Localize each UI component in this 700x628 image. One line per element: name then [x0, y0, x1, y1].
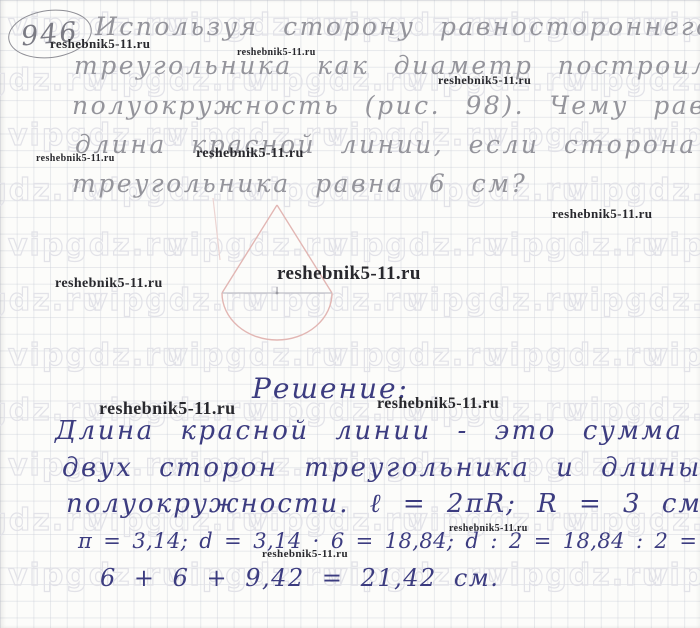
problem-text-line: треугольника как диаметр построили — [74, 51, 700, 80]
solution-formula-line: π = 3,14; d = 3,14 · 6 = 18,84; d : 2 = … — [78, 529, 700, 553]
vipgdz-watermark: vipgdz.ru — [648, 558, 700, 593]
problem-text-line: полуокружность (рис. 98). Чему равна — [72, 91, 700, 120]
vipgdz-watermark: vipgdz.ru — [8, 338, 185, 373]
reshebnik-watermark: reshebnik5-11.ru — [262, 548, 348, 560]
stray-pencil-mark — [213, 198, 220, 260]
reshebnik-watermark: reshebnik5-11.ru — [277, 263, 421, 285]
reshebnik-watermark: reshebnik5-11.ru — [237, 47, 316, 58]
solution-text-line: двух сторон треугольника и длины — [62, 453, 700, 483]
vipgdz-watermark: vipgdz.ru — [8, 228, 185, 263]
reshebnik-watermark: reshebnik5-11.ru — [196, 146, 304, 162]
vipgdz-watermark: vipgdz.ru — [488, 228, 665, 263]
semicircle-arc — [222, 293, 332, 340]
notebook-page: vipgdz.ruvipgdz.ruvipgdz.ruvipgdz.ruvipg… — [0, 0, 700, 628]
reshebnik-watermark: reshebnik5-11.ru — [55, 276, 163, 292]
vipgdz-watermark: vipgdz.ru — [328, 228, 505, 263]
reshebnik-watermark: reshebnik5-11.ru — [552, 206, 652, 222]
problem-text-line: длина красной линии, если сторона — [75, 130, 697, 159]
reshebnik-watermark: reshebnik5-11.ru — [99, 398, 236, 419]
reshebnik-watermark: reshebnik5-11.ru — [36, 153, 115, 164]
reshebnik-watermark: reshebnik5-11.ru — [438, 73, 531, 88]
problem-text-line: Используя сторону равностороннего — [95, 12, 700, 41]
vipgdz-watermark: vipgdz.ru — [488, 558, 665, 593]
triangle-left-side — [222, 205, 277, 293]
reshebnik-watermark: reshebnik5-11.ru — [50, 36, 150, 52]
vipgdz-watermark: vipgdz.ru — [568, 283, 700, 318]
vipgdz-watermark: vipgdz.ru — [328, 338, 505, 373]
vipgdz-watermark: vipgdz.ru — [408, 283, 585, 318]
vipgdz-watermark: vipgdz.ru — [648, 338, 700, 373]
problem-text-line: треугольника равна 6 см? — [72, 169, 527, 198]
solution-answer-line: 6 + 6 + 9,42 = 21,42 см. — [100, 564, 499, 592]
vipgdz-watermark: vipgdz.ru — [648, 228, 700, 263]
vipgdz-watermark: vipgdz.ru — [568, 173, 700, 208]
reshebnik-watermark: reshebnik5-11.ru — [449, 523, 528, 534]
reshebnik-watermark: reshebnik5-11.ru — [377, 395, 499, 413]
solution-text-line: Длина красной линии - это сумма — [55, 416, 683, 446]
solution-text-line: полуокружности. ℓ = 2πR; R = 3 см; — [66, 489, 700, 519]
center-dot — [276, 292, 279, 295]
vipgdz-watermark: vipgdz.ru — [488, 338, 665, 373]
